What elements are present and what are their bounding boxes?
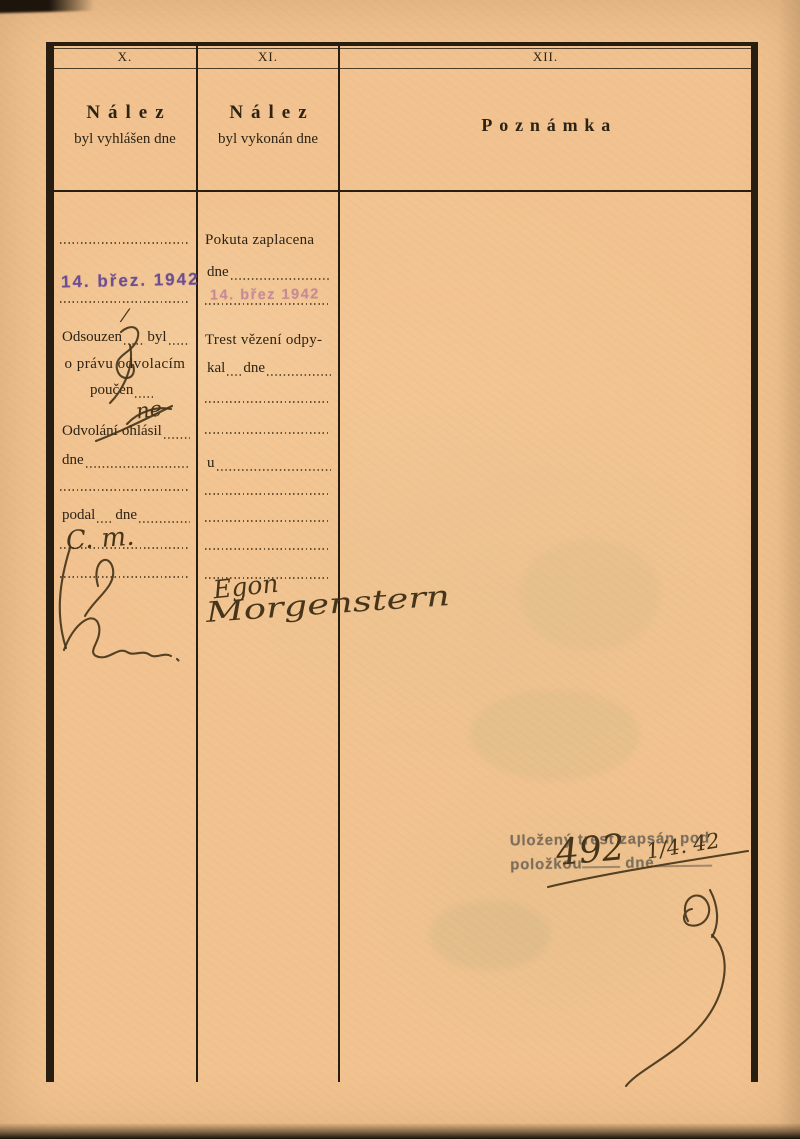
label-kal: kal xyxy=(205,361,227,376)
label-odsouzen: Odsouzen xyxy=(60,330,124,345)
column-line-xi-xii xyxy=(338,42,340,1082)
label-dne: dne xyxy=(205,265,231,280)
bleed-through-blot xyxy=(430,900,550,970)
form-line-u: u xyxy=(205,456,331,471)
scanned-form-page: X. XI. XII. Nález byl vyhlášen dne Nález… xyxy=(0,0,800,1139)
form-line-poucen: poučen xyxy=(88,383,166,398)
blank-line xyxy=(205,548,331,550)
table-border-top xyxy=(50,42,758,46)
column-numeral-xii: XII. xyxy=(340,50,751,63)
paraph-v xyxy=(710,890,717,937)
blank-line xyxy=(205,401,331,403)
table-border-left xyxy=(46,42,54,1082)
form-line-trest: Trest vězení odpy- xyxy=(205,333,331,348)
form-line-o-pravu: o právu odvolacím xyxy=(60,357,190,372)
fill-line xyxy=(135,383,153,398)
header-title-x: Nález xyxy=(54,103,196,122)
fill-line xyxy=(267,361,331,376)
fill-line xyxy=(139,508,190,523)
form-line-podal-dne: podaldne xyxy=(60,508,190,523)
form-line-odsouzen-byl: Odsouzenbyl xyxy=(60,330,190,345)
fill-line xyxy=(124,330,145,345)
fill-line xyxy=(164,424,190,439)
label-ohlasil: ohlásil xyxy=(120,424,164,439)
fill-line xyxy=(217,456,332,471)
page-edge-shadow-bottom xyxy=(0,1123,800,1139)
date-stamp-announced: 14. břez. 1942 xyxy=(61,270,200,293)
blank-line xyxy=(205,520,331,522)
signature-x-ascender xyxy=(85,560,113,616)
form-line-dne: dne xyxy=(60,453,190,468)
header-title-xii: Poznámka xyxy=(340,116,751,134)
table-border-top-inner xyxy=(50,48,758,49)
blank-line xyxy=(60,242,190,244)
label-dne: dne xyxy=(113,508,139,523)
form-line-pokuta: Pokuta zaplacena xyxy=(205,233,331,248)
fill-line xyxy=(86,453,190,468)
header-separator xyxy=(46,190,758,192)
scan-artifact-top-left xyxy=(0,0,94,13)
paraph-loop xyxy=(626,935,725,1086)
column-numeral-xi: XI. xyxy=(198,50,338,63)
bleed-through-blot xyxy=(470,690,640,780)
fill-line xyxy=(169,330,190,345)
label-byl: byl xyxy=(145,330,168,345)
bleed-through-blot xyxy=(520,540,660,650)
date-stamp-executed-faint: 14. břez 1942 xyxy=(210,286,320,303)
handwritten-item-number: 492 xyxy=(554,827,626,874)
label-podal: podal xyxy=(60,508,97,523)
header-subtitle-x: byl vyhlášen dne xyxy=(54,132,196,147)
numeral-row-separator xyxy=(54,68,751,69)
column-line-x-xi xyxy=(196,42,198,1082)
signature-x-body xyxy=(64,618,171,657)
form-line-odvolani: Odvoláníohlásil xyxy=(60,424,190,439)
header-subtitle-xi: byl vykonán dne xyxy=(198,132,338,147)
fill-line xyxy=(231,265,331,280)
blank-line xyxy=(60,301,190,303)
fill-line xyxy=(227,361,241,376)
header-title-xi: Nález xyxy=(198,103,338,122)
table-border-right xyxy=(751,42,758,1082)
handwritten-note-cm: C. m. xyxy=(65,522,135,557)
fill-line xyxy=(97,508,113,523)
blank-line xyxy=(60,489,190,491)
label-dne: dne xyxy=(241,361,267,376)
column-numeral-x: X. xyxy=(54,50,196,63)
label-poucen: poučen xyxy=(88,383,135,398)
flourish-c-tail xyxy=(60,548,70,648)
paraph-g xyxy=(684,896,709,926)
handwritten-answer-ne: ne xyxy=(135,397,164,424)
label-dne: dne xyxy=(60,453,86,468)
blank-line xyxy=(205,432,331,434)
signature-x-dot xyxy=(177,659,179,661)
pen-strokes-layer xyxy=(0,0,800,1139)
form-line-kal-dne: kaldne xyxy=(205,361,331,376)
label-u: u xyxy=(205,456,217,471)
handwritten-slash: / xyxy=(121,305,130,327)
page-edge-shadow-right xyxy=(778,0,800,1139)
blank-line xyxy=(60,576,190,578)
form-line-dne-xi: dne xyxy=(205,265,331,280)
label-odvolani: Odvolání xyxy=(60,424,120,439)
blank-line xyxy=(205,493,331,495)
